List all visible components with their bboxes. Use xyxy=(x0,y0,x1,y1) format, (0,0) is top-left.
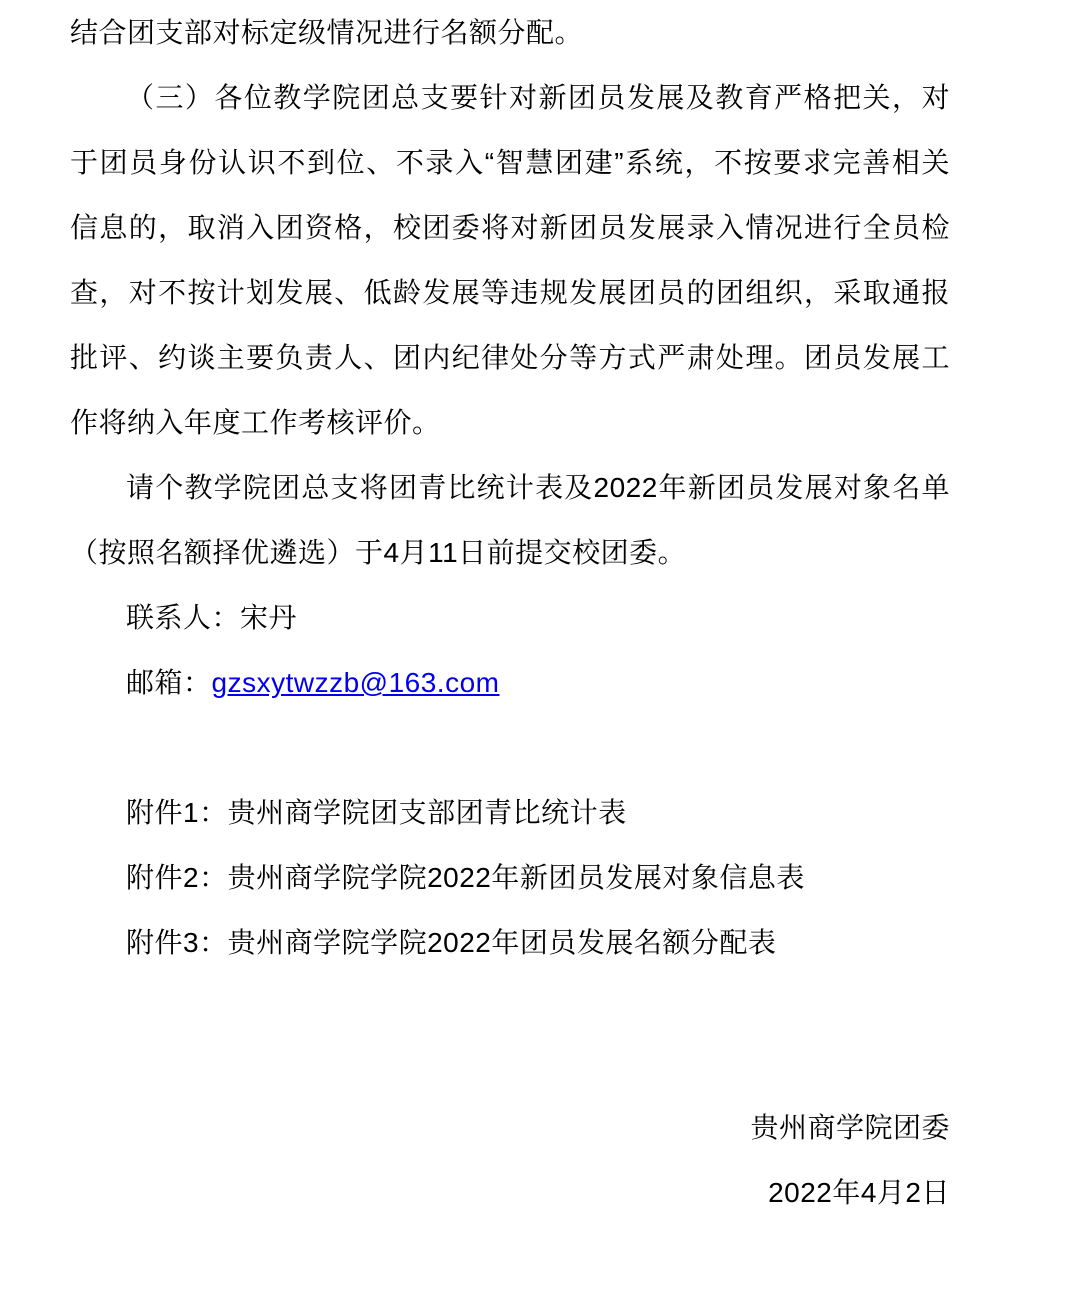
attachment-3-line: 附件3：贵州商学院学院2022年团员发展名额分配表 xyxy=(70,910,950,975)
attachment-1-line: 附件1：贵州商学院团支部团青比统计表 xyxy=(70,780,950,845)
paragraph-item3-line-4: 查，对不按计划发展、低龄发展等违规发展团员的团组织，采取通报 xyxy=(70,260,950,325)
paragraph-item3-line-2: 于团员身份认识不到位、不录入“智慧团建”系统，不按要求完善相关 xyxy=(70,130,950,195)
paragraph-item3-line-6: 作将纳入年度工作考核评价。 xyxy=(70,390,950,455)
contact-person-line: 联系人：宋丹 xyxy=(70,585,950,650)
paragraph-quota-allocation-tail: 结合团支部对标定级情况进行名额分配。 xyxy=(70,0,950,65)
blank-line xyxy=(70,1035,950,1095)
paragraph-item3-line-5: 批评、约谈主要负责人、团内纪律处分等方式严肃处理。团员发展工 xyxy=(70,325,950,390)
blank-line xyxy=(70,715,950,780)
notice-document: 结合团支部对标定级情况进行名额分配。 （三）各位教学院团总支要针对新团员发展及教… xyxy=(70,0,950,1225)
paragraph-item3-line-3: 信息的，取消入团资格，校团委将对新团员发展录入情况进行全员检 xyxy=(70,195,950,260)
paragraph-submit-line-1: 请个教学院团总支将团青比统计表及2022年新团员发展对象名单 xyxy=(70,455,950,520)
paragraph-submit-line-2: （按照名额择优遴选）于4月11日前提交校团委。 xyxy=(70,520,950,585)
attachment-2-line: 附件2：贵州商学院学院2022年新团员发展对象信息表 xyxy=(70,845,950,910)
signature-date: 2022年4月2日 xyxy=(70,1160,950,1225)
email-label: 邮箱： xyxy=(126,667,212,698)
email-line: 邮箱：gzsxytwzzb@163.com xyxy=(70,650,950,715)
blank-line xyxy=(70,975,950,1035)
paragraph-item3-line-1: （三）各位教学院团总支要针对新团员发展及教育严格把关，对 xyxy=(70,65,950,130)
email-link[interactable]: gzsxytwzzb@163.com xyxy=(212,667,500,698)
signature-organization: 贵州商学院团委 xyxy=(70,1095,950,1160)
